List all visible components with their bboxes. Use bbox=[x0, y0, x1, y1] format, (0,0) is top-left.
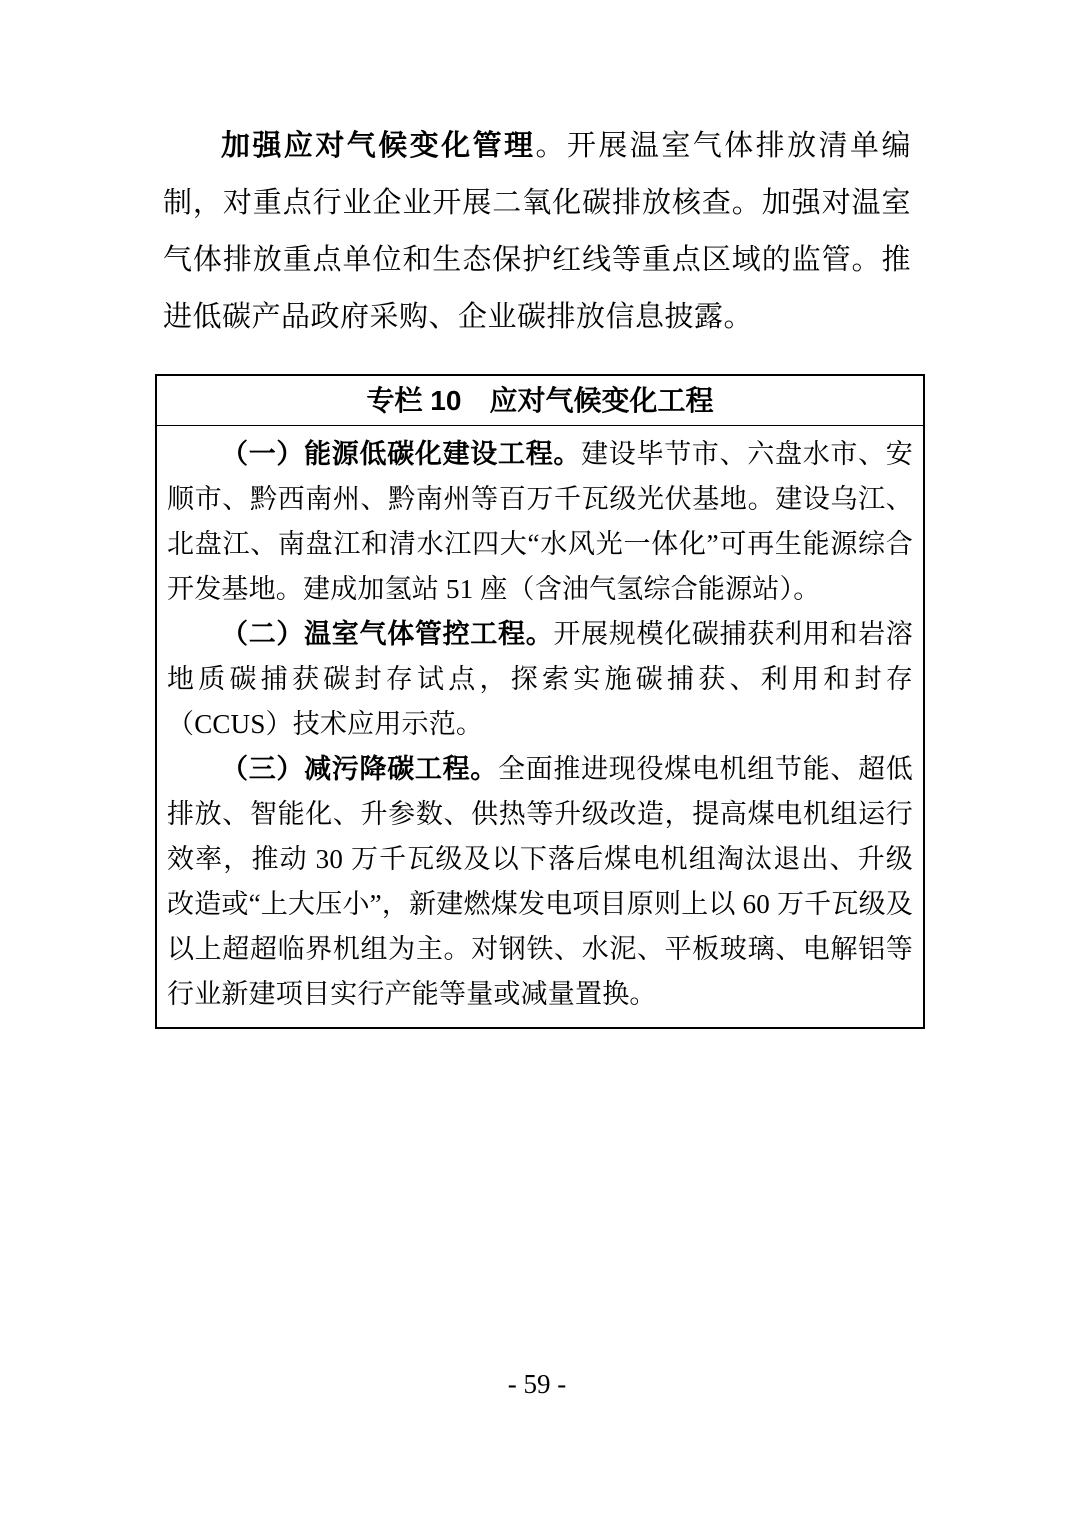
box-item-3-heading: （三）减污降碳工程。 bbox=[221, 754, 498, 784]
box-item-3: （三）减污降碳工程。全面推进现役煤电机组节能、超低排放、智能化、升参数、供热等升… bbox=[167, 747, 913, 1017]
lead-paragraph-bold-heading: 加强应对气候变化管理 bbox=[221, 130, 536, 162]
column-box-title: 专栏 10 应对气候变化工程 bbox=[157, 376, 923, 426]
box-item-2-heading: （二）温室气体管控工程。 bbox=[221, 619, 553, 649]
document-page: 加强应对气候变化管理。开展温室气体排放清单编制，对重点行业企业开展二氧化碳排放核… bbox=[0, 0, 1074, 1520]
lead-paragraph: 加强应对气候变化管理。开展温室气体排放清单编制，对重点行业企业开展二氧化碳排放核… bbox=[163, 0, 911, 346]
box-item-1: （一）能源低碳化建设工程。建设毕节市、六盘水市、安顺市、黔西南州、黔南州等百万千… bbox=[167, 432, 913, 612]
column-box-body: （一）能源低碳化建设工程。建设毕节市、六盘水市、安顺市、黔西南州、黔南州等百万千… bbox=[157, 426, 923, 1027]
box-item-3-text: 全面推进现役煤电机组节能、超低排放、智能化、升参数、供热等升级改造，提高煤电机组… bbox=[167, 754, 913, 1009]
box-item-2: （二）温室气体管控工程。开展规模化碳捕获利用和岩溶地质碳捕获碳封存试点，探索实施… bbox=[167, 612, 913, 747]
policy-column-box: 专栏 10 应对气候变化工程 （一）能源低碳化建设工程。建设毕节市、六盘水市、安… bbox=[155, 374, 925, 1029]
page-body: 加强应对气候变化管理。开展温室气体排放清单编制，对重点行业企业开展二氧化碳排放核… bbox=[163, 0, 911, 346]
box-item-1-heading: （一）能源低碳化建设工程。 bbox=[221, 439, 581, 469]
page-number: - 59 - bbox=[0, 1368, 1074, 1400]
